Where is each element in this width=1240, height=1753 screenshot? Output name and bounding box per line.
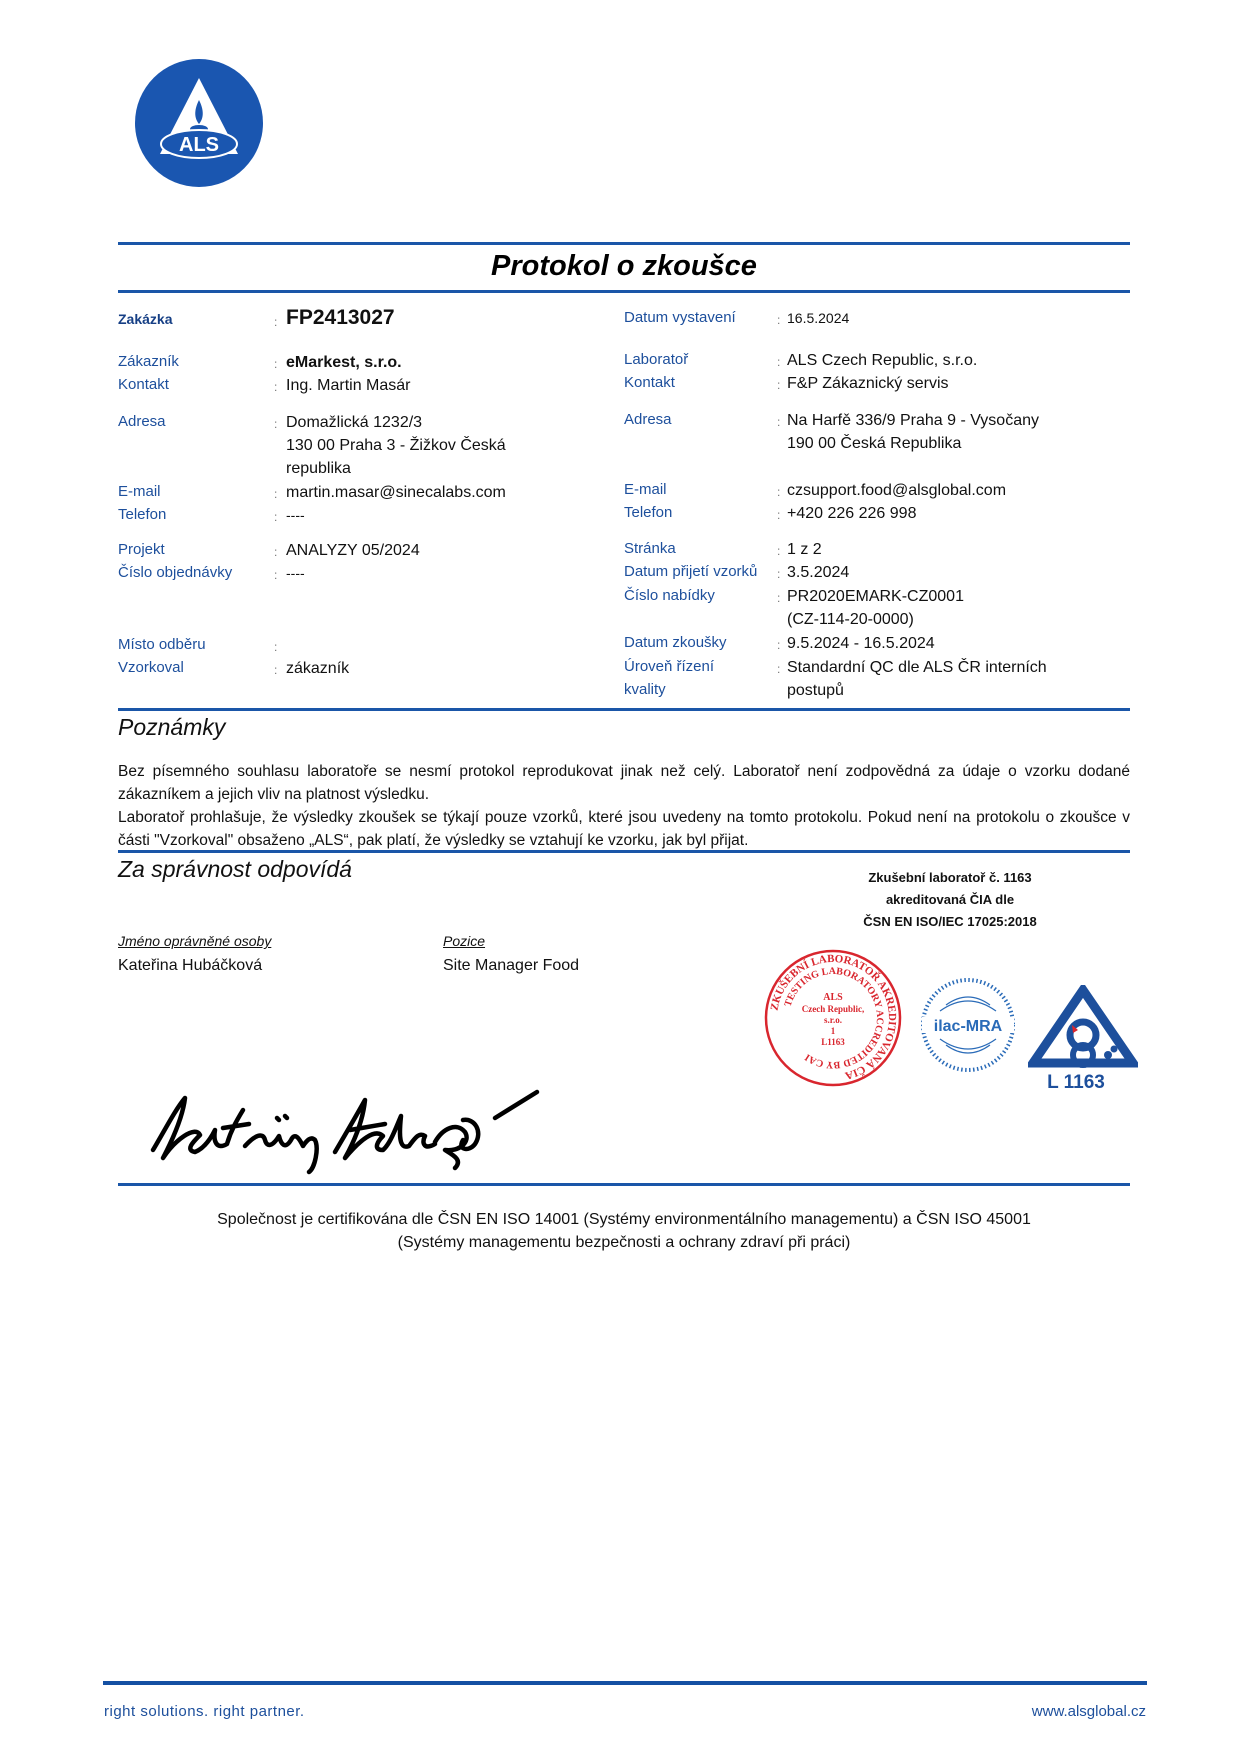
footer-rule (103, 1681, 1147, 1685)
colon: : (777, 567, 780, 581)
receipt-date-label: Datum přijetí vzorků (624, 563, 757, 580)
test-date-value: 9.5.2024 - 16.5.2024 (787, 632, 935, 655)
test-date-label: Datum zkoušky (624, 634, 727, 651)
lab-contact-label: Kontakt (624, 374, 675, 391)
accreditation-text: Zkušební laboratoř č. 1163 akreditovaná … (820, 867, 1080, 933)
certification-top-rule (118, 1183, 1130, 1186)
colon: : (777, 638, 780, 652)
offer-number-line-1: PR2020EMARK-CZ0001 (787, 585, 964, 608)
svg-text:Czech Republic,: Czech Republic, (802, 1004, 865, 1014)
address-line-1: Domažlická 1232/3 (286, 411, 422, 434)
colon: : (777, 544, 780, 558)
colon: : (777, 355, 780, 369)
order-label: Zakázka (118, 311, 172, 327)
email-value: martin.masar@sinecalabs.com (286, 481, 506, 504)
phone-value: ---- (286, 504, 305, 527)
lab-address-label: Adresa (624, 411, 672, 428)
svg-text:ALS: ALS (823, 992, 843, 1003)
address-label: Adresa (118, 413, 166, 430)
responsibility-heading: Za správnost odpovídá (118, 856, 352, 883)
lab-contact-value: F&P Zákaznický servis (787, 372, 949, 395)
document-title: Protokol o zkoušce (118, 250, 1130, 283)
responsibility-top-rule (118, 850, 1130, 853)
title-top-rule (118, 242, 1130, 245)
order-number: FP2413027 (286, 305, 395, 331)
notes-top-rule (118, 708, 1130, 711)
colon: : (777, 378, 780, 392)
accreditation-line: Zkušební laboratoř č. 1163 (820, 867, 1080, 889)
order-number-label: Číslo objednávky (118, 564, 232, 581)
accreditation-line: akreditovaná ČIA dle (820, 889, 1080, 911)
svg-text:L1163: L1163 (821, 1037, 845, 1047)
certification-line: (Systémy managementu bezpečnosti a ochra… (118, 1231, 1130, 1254)
colon: : (274, 640, 277, 654)
address-line-2: 130 00 Praha 3 - Žižkov Česká (286, 434, 506, 457)
offer-number-label: Číslo nabídky (624, 587, 715, 604)
accreditation-line: ČSN EN ISO/IEC 17025:2018 (820, 911, 1080, 933)
receipt-date-value: 3.5.2024 (787, 561, 849, 584)
colon: : (274, 545, 277, 559)
phone-label: Telefon (118, 506, 166, 523)
customer-value: eMarkest, s.r.o. (286, 351, 402, 374)
colon: : (274, 487, 277, 501)
authorized-person-label: Jméno oprávněné osoby (118, 933, 271, 949)
colon: : (777, 508, 780, 522)
customer-label: Zákazník (118, 353, 179, 370)
colon: : (777, 313, 780, 327)
signature (145, 1080, 605, 1180)
position-value: Site Manager Food (443, 954, 579, 977)
quality-level-line-1: Standardní QC dle ALS ČR interních (787, 656, 1047, 679)
notes-paragraph: Bez písemného souhlasu laboratoře se nes… (118, 760, 1130, 806)
cai-logo: L 1163 (1028, 985, 1138, 1095)
quality-level-line-2: postupů (787, 679, 844, 702)
lab-phone-value: +420 226 226 998 (787, 502, 916, 525)
colon: : (274, 357, 277, 371)
svg-text:1: 1 (831, 1026, 836, 1036)
address-line-3: republika (286, 457, 351, 480)
colon: : (274, 380, 277, 394)
order-number-value: ---- (286, 562, 305, 585)
als-logo: ALS (134, 58, 264, 188)
lab-email-value: czsupport.food@alsglobal.com (787, 479, 1006, 502)
footer-website-link[interactable]: www.alsglobal.cz (1032, 1703, 1146, 1720)
project-label: Projekt (118, 541, 165, 558)
sampling-place-label: Místo odběru (118, 636, 206, 653)
colon: : (274, 510, 277, 524)
page-value: 1 z 2 (787, 538, 822, 561)
quality-level-label-1: Úroveň řízení (624, 658, 714, 675)
page-label: Stránka (624, 540, 676, 557)
colon: : (777, 485, 780, 499)
footer-slogan: right solutions. right partner. (104, 1703, 305, 1720)
sampled-by-label: Vzorkoval (118, 659, 184, 676)
colon: : (777, 662, 780, 676)
issue-date-value: 16.5.2024 (787, 307, 849, 330)
position-label: Pozice (443, 933, 485, 949)
lab-address-line-1: Na Harfě 336/9 Praha 9 - Vysočany (787, 409, 1039, 432)
lab-email-label: E-mail (624, 481, 667, 498)
colon: : (777, 415, 780, 429)
svg-text:s.r.o.: s.r.o. (824, 1015, 842, 1025)
svg-text:L 1163: L 1163 (1047, 1072, 1105, 1093)
sampled-by-value: zákazník (286, 657, 349, 680)
certification-line: Společnost je certifikována dle ČSN EN I… (118, 1208, 1130, 1231)
colon: : (274, 315, 277, 329)
svg-text:ALS: ALS (179, 134, 219, 156)
lab-phone-label: Telefon (624, 504, 672, 521)
notes-heading: Poznámky (118, 714, 225, 741)
colon: : (777, 591, 780, 605)
ilac-mra-logo: ilac-MRA (918, 975, 1018, 1075)
project-value: ANALYZY 05/2024 (286, 539, 420, 562)
colon: : (274, 568, 277, 582)
authorized-person-name: Kateřina Hubáčková (118, 954, 262, 977)
laboratory-value: ALS Czech Republic, s.r.o. (787, 349, 977, 372)
issue-date-label: Datum vystavení (624, 309, 736, 326)
email-label: E-mail (118, 483, 161, 500)
lab-address-line-2: 190 00 Česká Republika (787, 432, 961, 455)
colon: : (274, 663, 277, 677)
laboratory-label: Laboratoř (624, 351, 688, 368)
notes-body: Bez písemného souhlasu laboratoře se nes… (118, 760, 1130, 852)
colon: : (274, 417, 277, 431)
offer-number-line-2: (CZ-114-20-0000) (787, 608, 914, 631)
contact-label: Kontakt (118, 376, 169, 393)
notes-paragraph: Laboratoř prohlašuje, že výsledky zkouše… (118, 806, 1130, 852)
certification-text: Společnost je certifikována dle ČSN EN I… (118, 1208, 1130, 1254)
svg-text:ilac-MRA: ilac-MRA (934, 1018, 1003, 1035)
contact-value: Ing. Martin Masár (286, 374, 410, 397)
quality-level-label-2: kvality (624, 681, 666, 698)
title-bottom-rule (118, 290, 1130, 293)
accreditation-stamp: ZKUŠEBNÍ LABORATOŘ AKREDITOVANÁ ČIA TEST… (763, 948, 903, 1088)
